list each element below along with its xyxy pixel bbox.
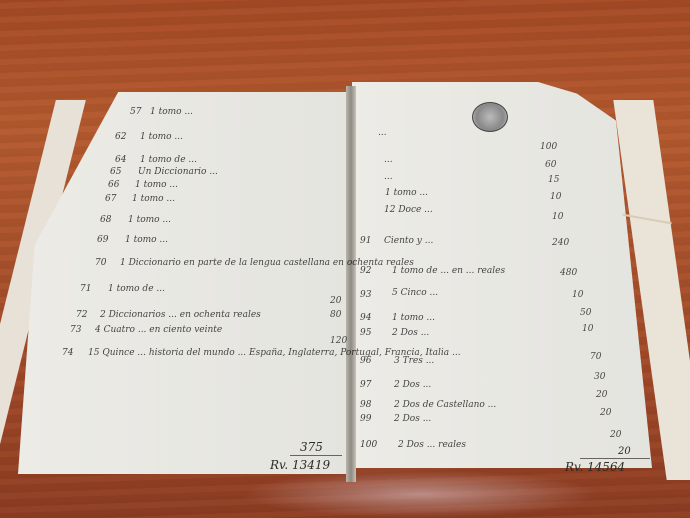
left-page-total: Rv. 13419 xyxy=(270,458,330,472)
entry-text: 2 Dos ... reales xyxy=(398,440,466,450)
entry-text: 1 tomo ... xyxy=(135,180,178,190)
entry-number: 96 xyxy=(360,356,371,366)
entry-text: 1 tomo ... xyxy=(385,188,428,198)
entry-amount: 10 xyxy=(572,290,583,300)
book-gutter xyxy=(346,86,356,482)
entry-text: 1 tomo ... xyxy=(392,313,435,323)
entry-amount: 20 xyxy=(610,430,621,440)
entry-number: 57 xyxy=(130,107,141,117)
entry-number: 69 xyxy=(97,235,108,245)
entry-number: 64 xyxy=(115,155,126,165)
entry-number: 73 xyxy=(70,325,81,335)
entry-number: 71 xyxy=(80,284,91,294)
entry-text: 1 tomo ... xyxy=(140,132,183,142)
entry-text: 12 Doce ... xyxy=(384,205,433,215)
entry-text: ... xyxy=(384,172,393,182)
entry-number: 66 xyxy=(108,180,119,190)
entry-text: 1 tomo de ... xyxy=(140,155,197,165)
entry-text: 1 tomo de ... en ... reales xyxy=(392,266,505,276)
entry-number: 94 xyxy=(360,313,371,323)
entry-text: 2 Dos ... xyxy=(392,328,429,338)
entry-number: 62 xyxy=(115,132,126,142)
entry-number: 93 xyxy=(360,290,371,300)
entry-text: Un Diccionario ... xyxy=(138,167,218,177)
entry-number: 70 xyxy=(95,258,106,268)
entry-amount: 240 xyxy=(552,238,569,248)
entry-amount: 20 xyxy=(600,408,611,418)
entry-text: 2 Dos de Castellano ... xyxy=(394,400,496,410)
entry-text: 4 Cuatro ... en ciento veinte xyxy=(95,325,222,335)
entry-text: ... xyxy=(378,128,387,138)
entry-amount: 70 xyxy=(590,352,601,362)
entry-amount: 30 xyxy=(594,372,605,382)
entry-text: 1 tomo de ... xyxy=(108,284,165,294)
entry-text: 5 Cinco ... xyxy=(392,288,438,298)
left-subtotal: 375 xyxy=(300,440,323,454)
entry-number: 65 xyxy=(110,167,121,177)
entry-amount: 50 xyxy=(580,308,591,318)
entry-amount: 20 xyxy=(330,296,341,306)
open-ledger: 57 1 tomo ... 62 1 tomo ... 64 1 tomo de… xyxy=(0,0,690,518)
stamp-seal-icon xyxy=(472,102,508,132)
right-subtotal: 20 xyxy=(618,446,631,457)
entry-amount: 10 xyxy=(582,324,593,334)
entry-text: ... xyxy=(384,155,393,165)
entry-number: 67 xyxy=(105,194,116,204)
entry-number: 100 xyxy=(360,440,377,450)
entry-amount: 120 xyxy=(330,336,347,346)
entry-text: 1 tomo ... xyxy=(150,107,193,117)
right-page-total: Rv. 14564 xyxy=(565,460,625,474)
entry-text: 2 Dos ... xyxy=(394,414,431,424)
entry-number: 99 xyxy=(360,414,371,424)
entry-text: 1 tomo ... xyxy=(125,235,168,245)
entry-text: 1 tomo ... xyxy=(128,215,171,225)
entry-text: 1 tomo ... xyxy=(132,194,175,204)
entry-number: 97 xyxy=(360,380,371,390)
entry-amount: 20 xyxy=(596,390,607,400)
entry-amount: 15 xyxy=(548,175,559,185)
entry-number: 72 xyxy=(76,310,87,320)
entry-number: 74 xyxy=(62,348,73,358)
entry-amount: 100 xyxy=(540,142,557,152)
entry-text: 2 Diccionarios ... en ochenta reales xyxy=(100,310,261,320)
entry-amount: 80 xyxy=(330,310,341,320)
entry-amount: 480 xyxy=(560,268,577,278)
entry-amount: 60 xyxy=(545,160,556,170)
entry-text: 3 Tres ... xyxy=(394,356,434,366)
entry-number: 95 xyxy=(360,328,371,338)
entry-amount: 10 xyxy=(550,192,561,202)
entry-text: 2 Dos ... xyxy=(394,380,431,390)
entry-amount: 10 xyxy=(552,212,563,222)
entry-number: 91 xyxy=(360,236,371,246)
sum-rule xyxy=(290,455,342,456)
entry-number: 92 xyxy=(360,266,371,276)
entry-text: Ciento y ... xyxy=(384,236,433,246)
sum-rule xyxy=(580,458,650,459)
entry-number: 68 xyxy=(100,215,111,225)
entry-number: 98 xyxy=(360,400,371,410)
